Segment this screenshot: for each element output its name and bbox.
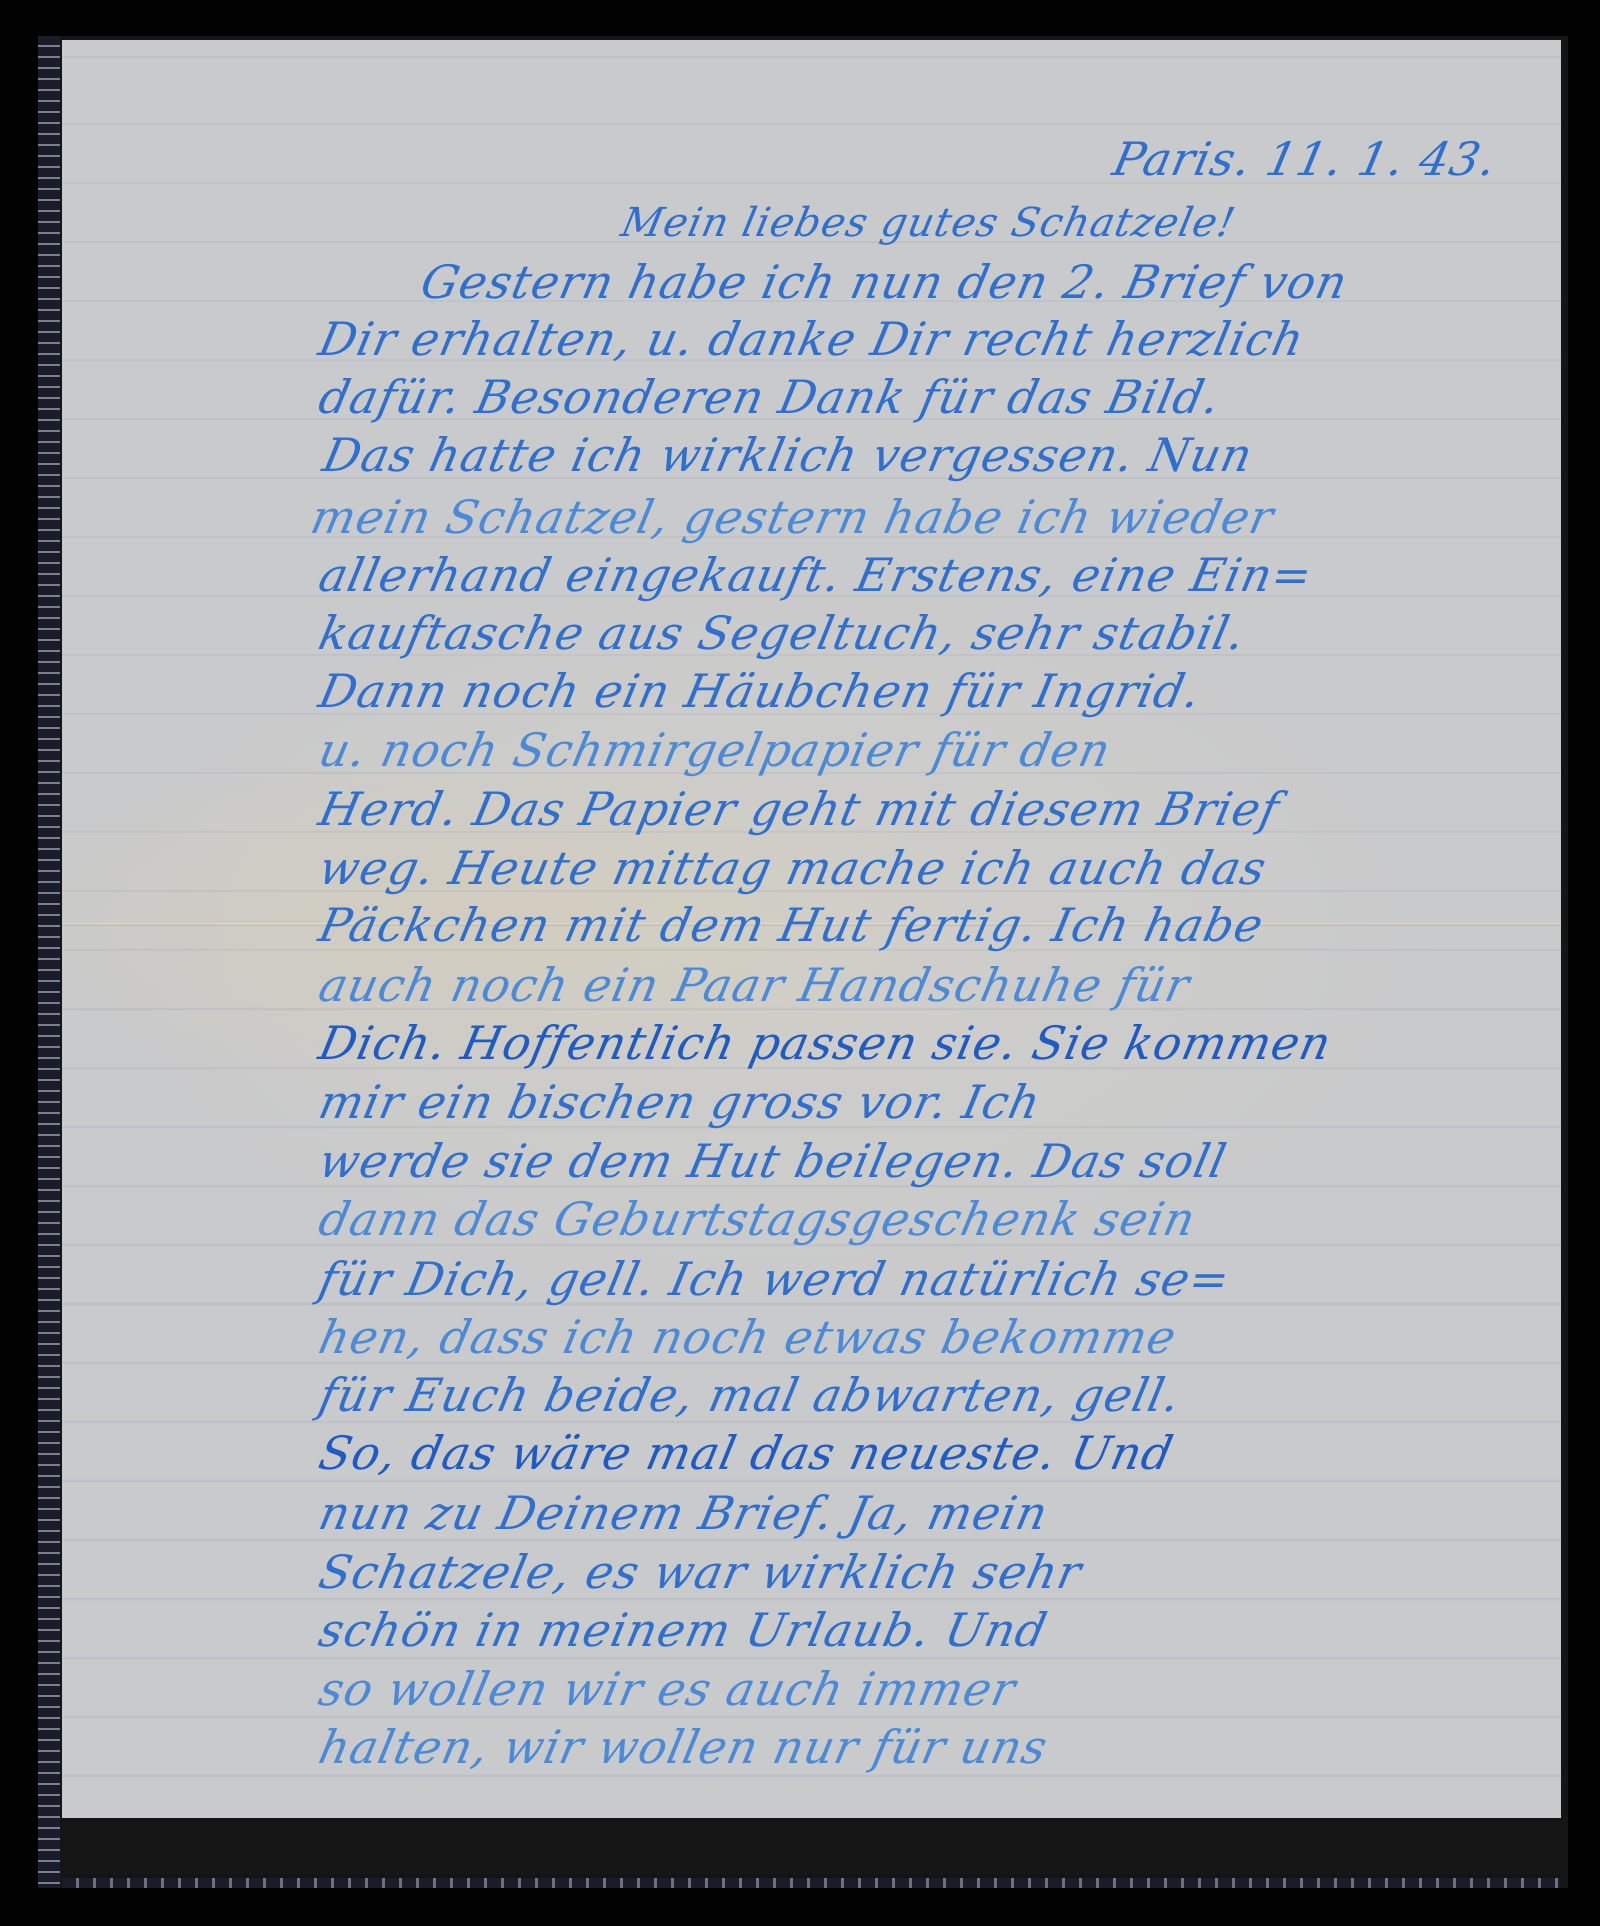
letter-page: Paris. 11. 1. 43. Mein liebes gutes Scha… <box>62 40 1561 1818</box>
letter-line: für Dich, gell. Ich werd natürlich se= <box>314 1252 1235 1306</box>
letter-line: Das hatte ich wirklich vergessen. Nun <box>318 428 1258 482</box>
letter-line: kauftasche aus Segeltuch, sehr stabil. <box>314 606 1250 660</box>
salutation: Mein liebes gutes Schatzele! <box>617 200 1240 246</box>
letter-line: Päckchen mit dem Hut fertig. Ich habe <box>314 898 1269 952</box>
sleeve-perforation-bottom <box>62 1878 1560 1888</box>
letter-line: hen, dass ich noch etwas bekomme <box>314 1310 1181 1364</box>
letter-line: u. noch Schmirgelpapier für den <box>314 723 1116 777</box>
letter-line: allerhand eingekauft. Erstens, eine Ein= <box>314 548 1317 602</box>
place-date: Paris. 11. 1. 43. <box>1108 132 1502 186</box>
sleeve-perforation-left <box>38 36 60 1888</box>
letter-line: So, das wäre mal das neueste. Und <box>314 1426 1178 1480</box>
letter-line: schön in meinem Urlaub. Und <box>314 1603 1052 1657</box>
letter-line: Dir erhalten, u. danke Dir recht herzlic… <box>314 312 1309 366</box>
letter-line: mein Schatzel, gestern habe ich wieder <box>306 490 1279 544</box>
letter-line: Herd. Das Papier geht mit diesem Brief <box>314 782 1284 836</box>
letter-line: weg. Heute mittag mache ich auch das <box>314 841 1271 895</box>
letter-line: halten, wir wollen nur für uns <box>314 1720 1052 1774</box>
letter-line: Gestern habe ich nun den 2. Brief von <box>416 255 1353 309</box>
letter-line: dafür. Besonderen Dank für das Bild. <box>314 370 1225 424</box>
letter-line: mir ein bischen gross vor. Ich <box>314 1075 1046 1129</box>
letter-line: werde sie dem Hut beilegen. Das soll <box>314 1134 1231 1188</box>
letter-line: dann das Geburtstagsgeschenk sein <box>314 1192 1201 1246</box>
letter-line: so wollen wir es auch immer <box>314 1662 1021 1716</box>
letter-body: Paris. 11. 1. 43. Mein liebes gutes Scha… <box>62 40 1561 1818</box>
letter-line: Schatzele, es war wirklich sehr <box>314 1545 1087 1599</box>
letter-line: für Euch beide, mal abwarten, gell. <box>314 1368 1186 1422</box>
letter-line: Dich. Hoffentlich passen sie. Sie kommen <box>314 1016 1336 1070</box>
letter-line: auch noch ein Paar Handschuhe für <box>314 958 1195 1012</box>
letter-line: nun zu Deinem Brief. Ja, mein <box>314 1486 1053 1540</box>
letter-line: Dann noch ein Häubchen für Ingrid. <box>314 664 1206 718</box>
